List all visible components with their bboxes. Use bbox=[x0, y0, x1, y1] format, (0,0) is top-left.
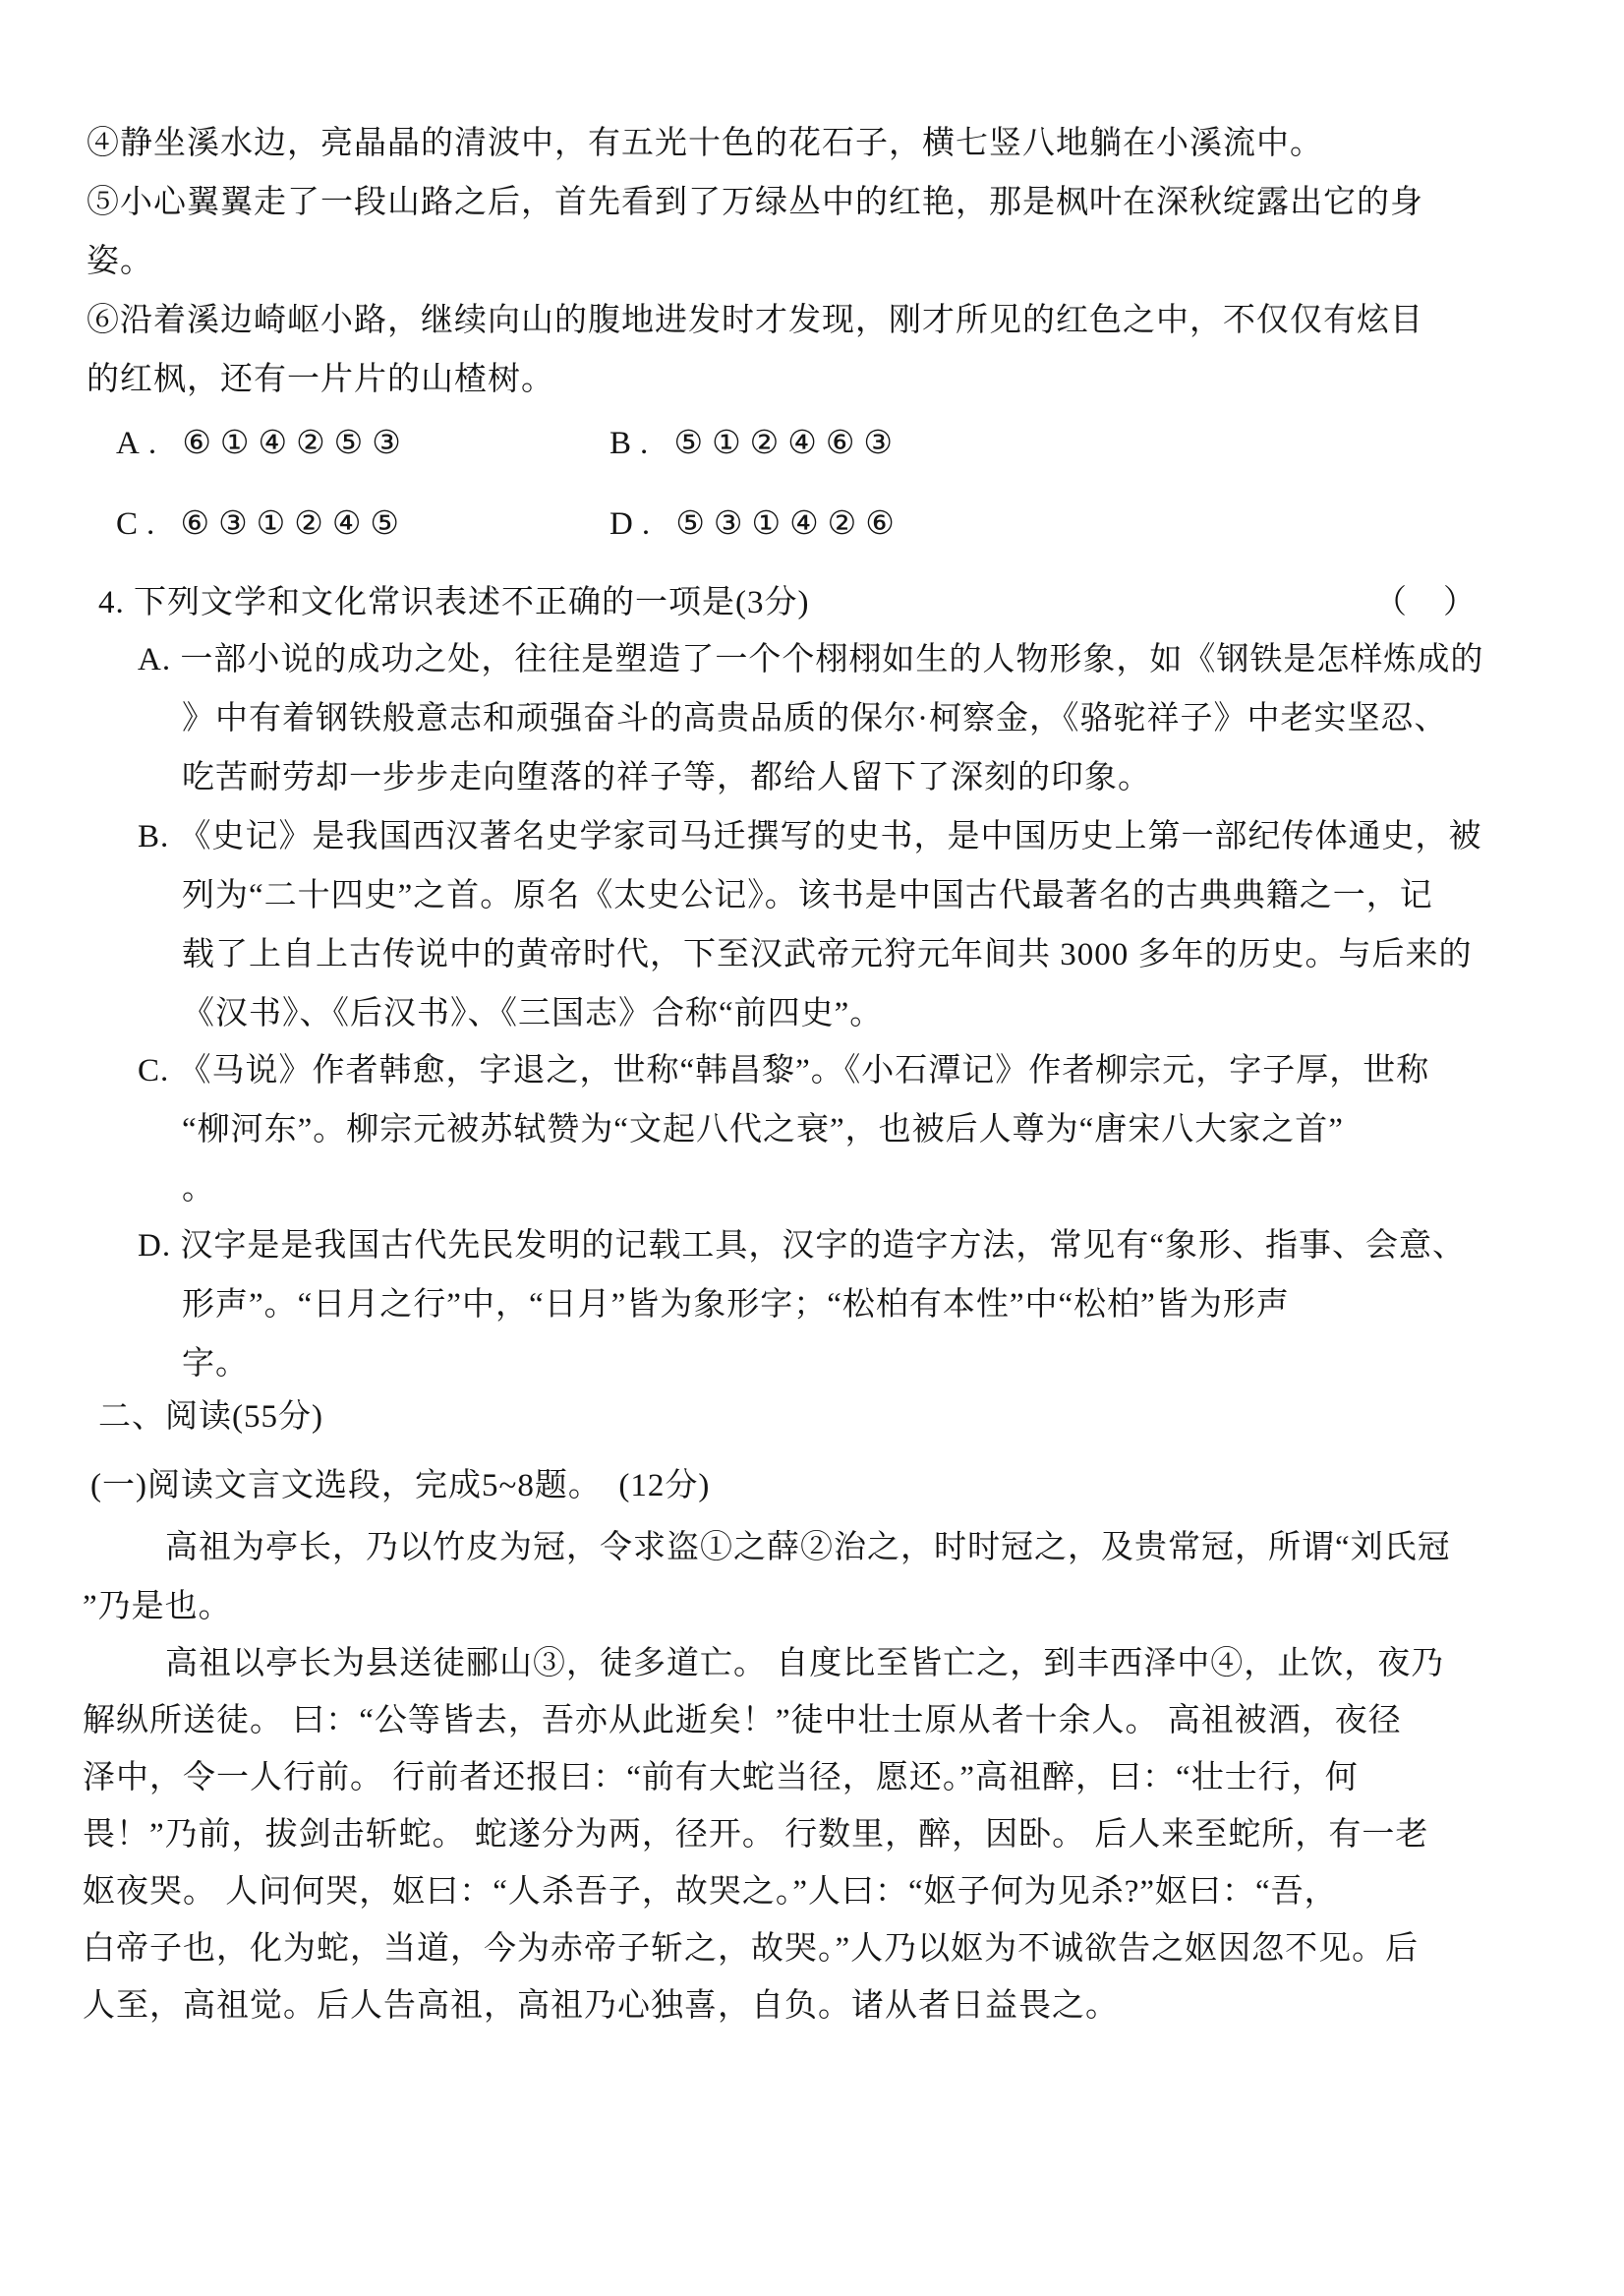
passage-para1-line-1: 高祖为亭长，乃以竹皮为冠，令求盗①之薛②治之，时时冠之，及贵常冠，所谓“刘氏冠 bbox=[165, 1527, 1451, 1568]
q4-option-a-line-2: 》中有着钢铁般意志和顽强奋斗的高贵品质的保尔·柯察金，《骆驼祥子》中老实坚忍、 bbox=[182, 698, 1448, 739]
seq-item-6-line-2: 的红枫，还有一片片的山楂树。 bbox=[87, 359, 554, 400]
section2-subheading: (一)阅读文言文选段，完成5~8题。 (12分) bbox=[90, 1465, 710, 1506]
passage-para2-line-7: 人至，高祖觉。后人告高祖，高祖乃心独喜，自负。诸从者日益畏之。 bbox=[83, 1985, 1119, 2027]
section2-heading: 二、阅读(55分) bbox=[98, 1396, 323, 1438]
seq-item-6-line-1: ⑥沿着溪边崎岖小路，继续向山的腹地进发时才发现，刚才所见的红色之中，不仅仅有炫目 bbox=[87, 300, 1423, 341]
passage-para2-line-6: 白帝子也，化为蛇，当道，今为赤帝子斩之，故哭。”人乃以妪为不诚欲告之妪因忽不见。… bbox=[83, 1928, 1419, 1970]
passage-para2-line-4: 畏！”乃前，拔剑击斩蛇。 蛇遂分为两，径开。 行数里，醉，因卧。 后人来至蛇所，… bbox=[83, 1814, 1428, 1855]
q4-option-c-line-3: 。 bbox=[182, 1168, 215, 1209]
q4-option-d-line-1: D. 汉字是是我国古代先民发明的记载工具，汉字的造字方法，常见有“象形、指事、会… bbox=[138, 1225, 1466, 1266]
exam-page: ④静坐溪水边，亮晶晶的清波中，有五光十色的花石子，横七竖八地躺在小溪流中。 ⑤小… bbox=[0, 0, 1624, 2296]
q4-option-b-line-4: 《汉书》、《后汉书》、《三国志》合称“前四史”。 bbox=[182, 993, 883, 1034]
passage-para2-line-2: 解纵所送徒。 曰：“公等皆去，吾亦从此逝矣！”徒中壮士原从者十余人。 高祖被酒，… bbox=[83, 1700, 1402, 1741]
q4-option-b-line-2: 列为“二十四史”之首。原名《太史公记》。该书是中国古代最著名的古典典籍之一，记 bbox=[182, 875, 1433, 916]
seq-item-5-line-2: 姿。 bbox=[87, 241, 153, 282]
q4-option-b-line-3: 载了上自上古传说中的黄帝时代，下至汉武帝元狩元年间共 3000 多年的历史。与后… bbox=[182, 934, 1473, 975]
seq-item-4: ④静坐溪水边，亮晶晶的清波中，有五光十色的花石子，横七竖八地躺在小溪流中。 bbox=[87, 123, 1323, 164]
q4-option-a-line-3: 吃苦耐劳却一步步走向堕落的祥子等，都给人留下了深刻的印象。 bbox=[182, 757, 1151, 798]
q4-option-d-line-3: 字。 bbox=[182, 1343, 249, 1384]
passage-para2-line-5: 妪夜哭。 人问何哭，妪曰：“人杀吾子，故哭之。”人曰：“妪子何为见杀?”妪曰：“… bbox=[83, 1871, 1338, 1913]
q4-option-a-line-1: A. 一部小说的成功之处，往往是塑造了一个个栩栩如生的人物形象，如《钢铁是怎样炼… bbox=[138, 639, 1483, 680]
q4-stem: 4. 下列文学和文化常识表述不正确的一项是(3分) bbox=[98, 582, 809, 623]
passage-para1-line-2: ”乃是也。 bbox=[83, 1586, 232, 1627]
q3-choice-d: D. ⑤③①④②⑥ bbox=[609, 503, 903, 545]
q4-option-c-line-1: C. 《马说》作者韩愈，字退之，世称“韩昌黎”。《小石潭记》作者柳宗元，字子厚，… bbox=[138, 1050, 1429, 1091]
passage-para2-line-3: 泽中，令一人行前。 行前者还报曰：“前有大蛇当径，愿还。”高祖醉，曰：“壮士行，… bbox=[83, 1757, 1359, 1798]
seq-item-5-line-1: ⑤小心翼翼走了一段山路之后，首先看到了万绿丛中的红艳，那是枫叶在深秋绽露出它的身 bbox=[87, 182, 1423, 223]
passage-para2-line-1: 高祖以亭长为县送徒郦山③，徒多道亡。 自度比至皆亡之，到丰西泽中④，止饮，夜乃 bbox=[165, 1643, 1444, 1684]
q4-answer-bracket: （ ） bbox=[1374, 582, 1478, 623]
q3-choice-a: A. ⑥①④②⑤③ bbox=[116, 423, 410, 464]
q4-option-b-line-1: B. 《史记》是我国西汉著名史学家司马迁撰写的史书，是中国历史上第一部纪传体通史… bbox=[138, 816, 1482, 857]
q3-choice-c: C. ⑥③①②④⑤ bbox=[116, 503, 408, 545]
q4-option-d-line-2: 形声”。“日月之行”中，“日月”皆为象形字；“松柏有本性”中“松柏”皆为形声 bbox=[182, 1284, 1290, 1325]
q4-option-c-line-2: “柳河东”。柳宗元被苏轼赞为“文起八代之衰”，也被后人尊为“唐宋八大家之首” bbox=[182, 1109, 1344, 1150]
q3-choice-b: B. ⑤①②④⑥③ bbox=[609, 423, 901, 464]
